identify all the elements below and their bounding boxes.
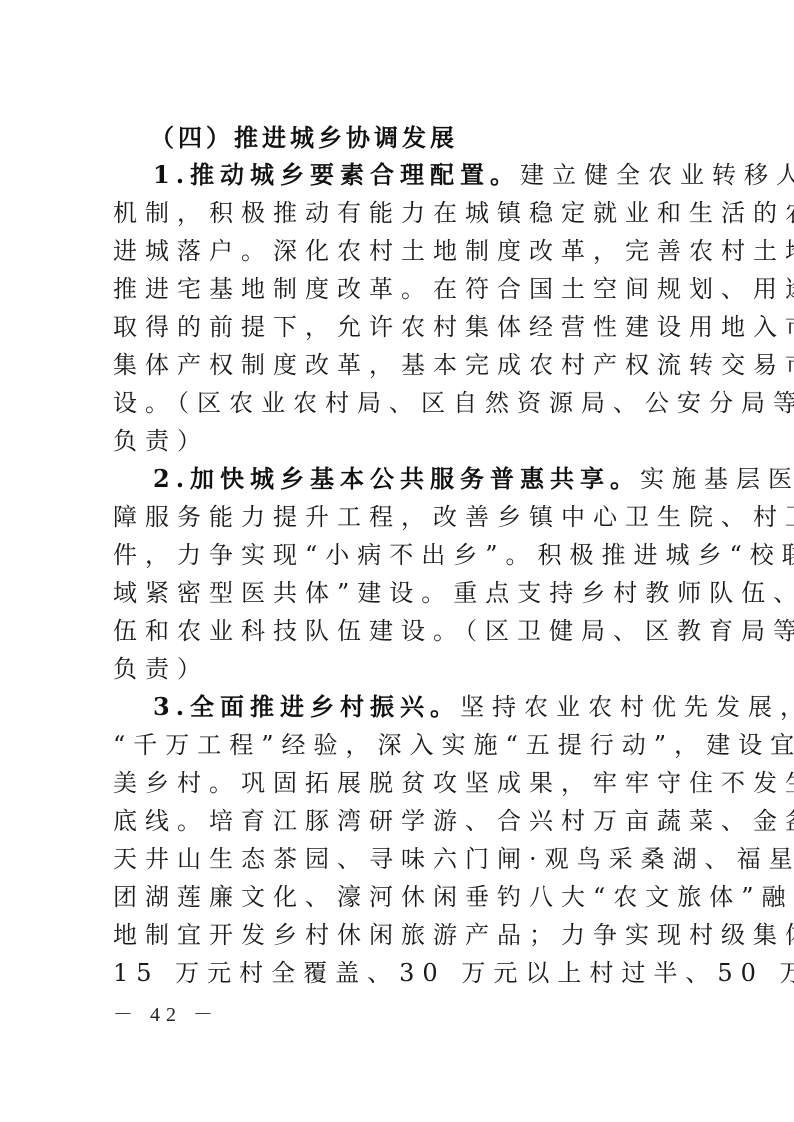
paragraph-2-line-6: 负责） xyxy=(113,650,682,688)
paragraph-1-line-4: 推进宅基地制度改革。在符合国土空间规划、用途管制和依法 xyxy=(113,270,682,308)
paragraph-2-title: 2.加快城乡基本公共服务普惠共享。 xyxy=(153,464,640,493)
paragraph-3-line-7: 地制宜开发乡村休闲旅游产品；力争实现村级集体经济年收入 xyxy=(113,916,682,954)
paragraph-1-line-3: 进城落户。深化农村土地制度改革，完善农村土地承包制度， xyxy=(113,232,682,270)
paragraph-3-line-8: 15 万元村全覆盖、30 万元以上村过半、50 万元以上村超 10 xyxy=(113,954,682,992)
paragraph-2-line-2: 障服务能力提升工程，改善乡镇中心卫生院、村卫生室医疗条 xyxy=(113,498,682,536)
paragraph-3-line-3: 美乡村。巩固拓展脱贫攻坚成果，牢牢守住不发生规模性返贫 xyxy=(113,764,682,802)
paragraph-1-line-8: 负责） xyxy=(113,422,682,460)
paragraph-3-line-2: “千万工程”经验，深入实施“五提行动”，建设宜居宜业和 xyxy=(113,726,682,764)
paragraph-3-line-1: 3.全面推进乡村振兴。坚持农业农村优先发展，对标浙江 xyxy=(153,688,682,726)
paragraph-3-line-4: 底线。培育江豚湾研学游、合兴村万亩蔬菜、金盆莲荷乡村游、 xyxy=(113,802,682,840)
paragraph-1-line-6: 集体产权制度改革，基本完成农村产权流转交易市场体系建 xyxy=(113,346,682,384)
paragraph-2-line-5: 伍和农业科技队伍建设。（区卫健局、区教育局等按职责分工 xyxy=(113,612,682,650)
paragraph-1-text: 建立健全农业转移人口市民化 xyxy=(520,161,794,189)
paragraph-1-line-1: 1.推动城乡要素合理配置。建立健全农业转移人口市民化 xyxy=(153,156,682,194)
paragraph-2-text: 实施基层医疗卫生保 xyxy=(640,465,794,493)
paragraph-2-line-4: 域紧密型医共体”建设。重点支持乡村教师队伍、医疗卫生队 xyxy=(113,574,682,612)
document-page: （四）推进城乡协调发展 1.推动城乡要素合理配置。建立健全农业转移人口市民化 机… xyxy=(0,0,794,1122)
section-heading: （四）推进城乡协调发展 xyxy=(150,119,458,157)
paragraph-1-line-5: 取得的前提下，允许农村集体经营性建设用地入市，加快农村 xyxy=(113,308,682,346)
page-number: － 42 － xyxy=(113,1000,219,1030)
paragraph-2-line-3: 件，力争实现“小病不出乡”。积极推进城乡“校联体”“区 xyxy=(113,536,682,574)
paragraph-3-title: 3.全面推进乡村振兴。 xyxy=(153,692,460,721)
paragraph-1-title: 1.推动城乡要素合理配置。 xyxy=(153,160,520,189)
paragraph-1-line-2: 机制，积极推动有能力在城镇稳定就业和生活的农业转移人口 xyxy=(113,194,682,232)
paragraph-3-text: 坚持农业农村优先发展，对标浙江 xyxy=(460,693,794,721)
paragraph-1-line-7: 设。（区农业农村局、区自然资源局、公安分局等按职责分工 xyxy=(113,384,682,422)
paragraph-3-line-6: 团湖莲廉文化、濠河休闲垂钓八大“农文旅体”融合基地，因 xyxy=(113,878,682,916)
paragraph-2-line-1: 2.加快城乡基本公共服务普惠共享。实施基层医疗卫生保 xyxy=(153,460,682,498)
paragraph-3-line-5: 天井山生态茶园、寻味六门闸·观鸟采桑湖、福星油菜花海、 xyxy=(113,840,682,878)
